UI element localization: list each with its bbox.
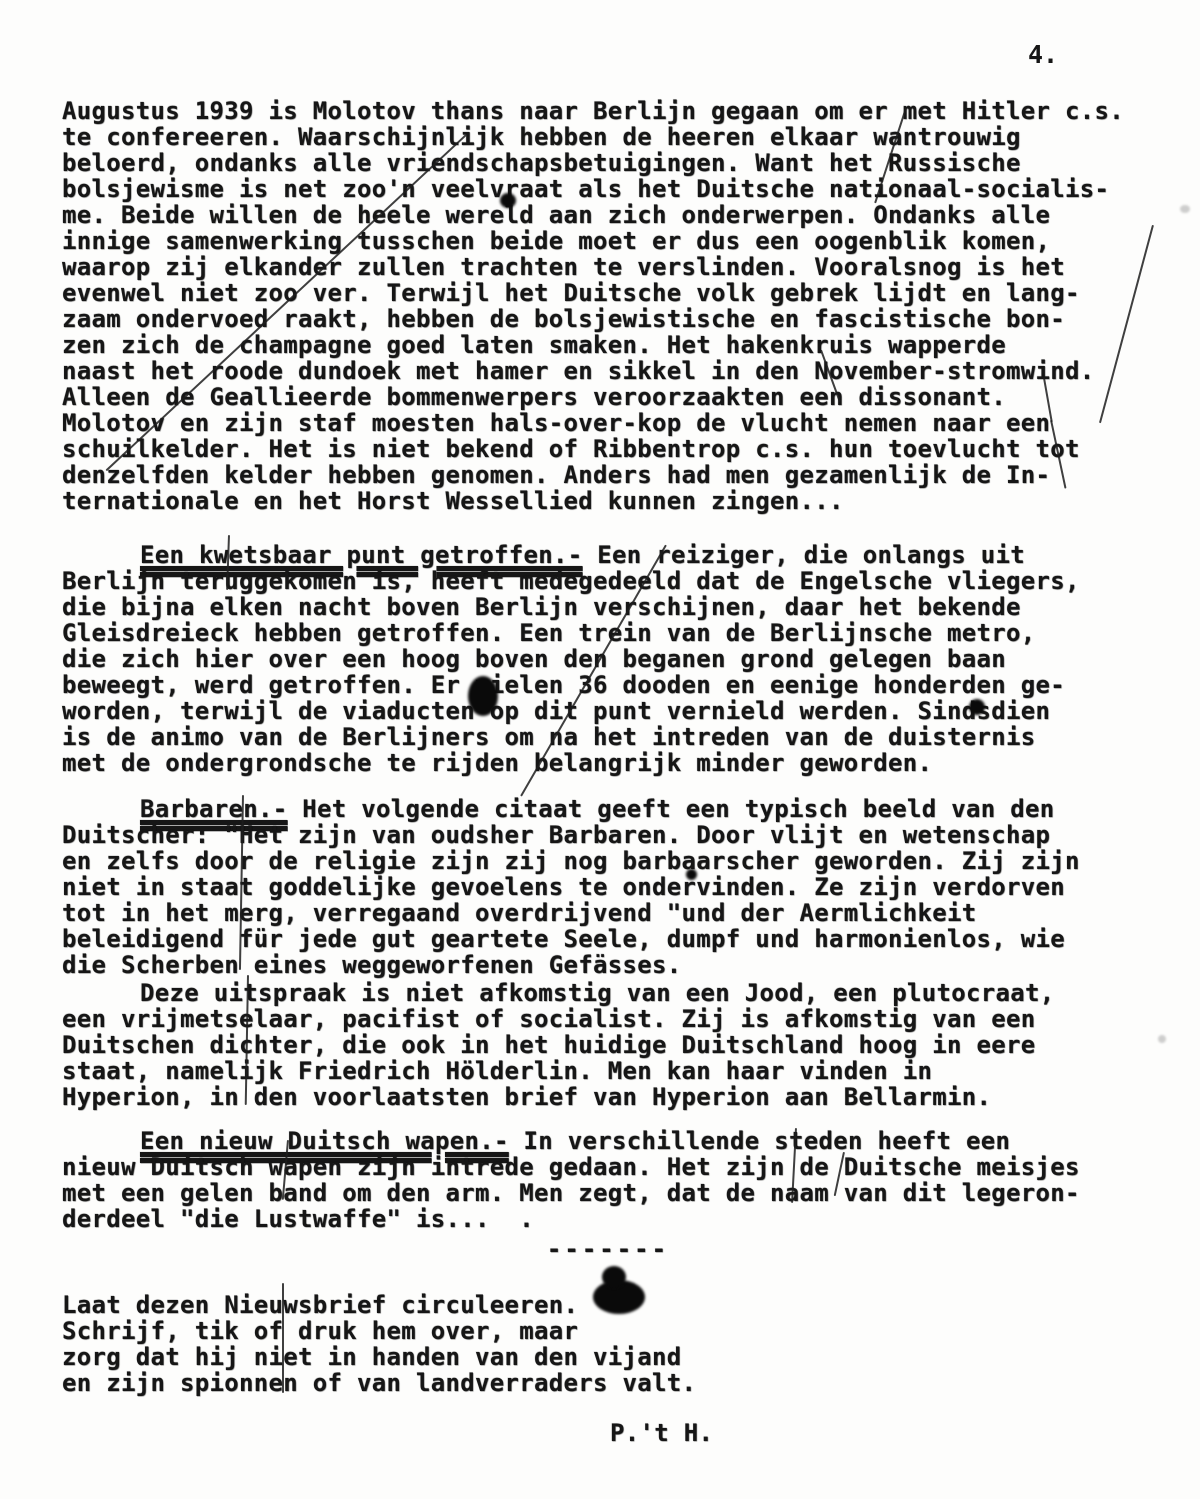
ink-blot <box>602 1266 626 1288</box>
section-heading-kwetsbaar-punt: Een kwetsbaar punt getroffen.- <box>140 541 582 569</box>
ink-blot <box>468 676 498 716</box>
section-nieuw-wapen: Een nieuw Duitsch wapen.- In verschillen… <box>62 1128 1154 1232</box>
ink-blot <box>500 193 516 208</box>
section-barbaren: Barbaren.- Het volgende citaat geeft een… <box>62 796 1154 978</box>
section-text-kwetsbaar-punt: Een reiziger, die onlangs uit Berlijn te… <box>62 541 1080 777</box>
author-initials: P.'t H. <box>62 1420 1154 1446</box>
scan-speck <box>1158 1035 1166 1043</box>
text-column: Augustus 1939 is Molotov thans naar Berl… <box>62 98 1154 1446</box>
pen-stroke <box>282 1283 284 1393</box>
ink-blot <box>686 869 697 880</box>
section-heading-barbaren: Barbaren.- <box>140 795 288 823</box>
ink-blot <box>969 699 985 715</box>
section-heading-nieuw-wapen: Een nieuw Duitsch wapen.- <box>140 1127 509 1155</box>
paragraph-intro: Augustus 1939 is Molotov thans naar Berl… <box>62 98 1154 514</box>
section-text-barbaren: Het volgende citaat geeft een typisch be… <box>62 795 1080 979</box>
paragraph-uitspraak: Deze uitspraak is niet afkomstig van een… <box>62 980 1154 1110</box>
scan-speck <box>1180 205 1190 213</box>
scanned-document-page: 4. Augustus 1939 is Molotov thans naar B… <box>0 0 1200 1499</box>
page-number: 4. <box>1028 42 1058 68</box>
section-divider: ------- <box>62 1236 1154 1262</box>
